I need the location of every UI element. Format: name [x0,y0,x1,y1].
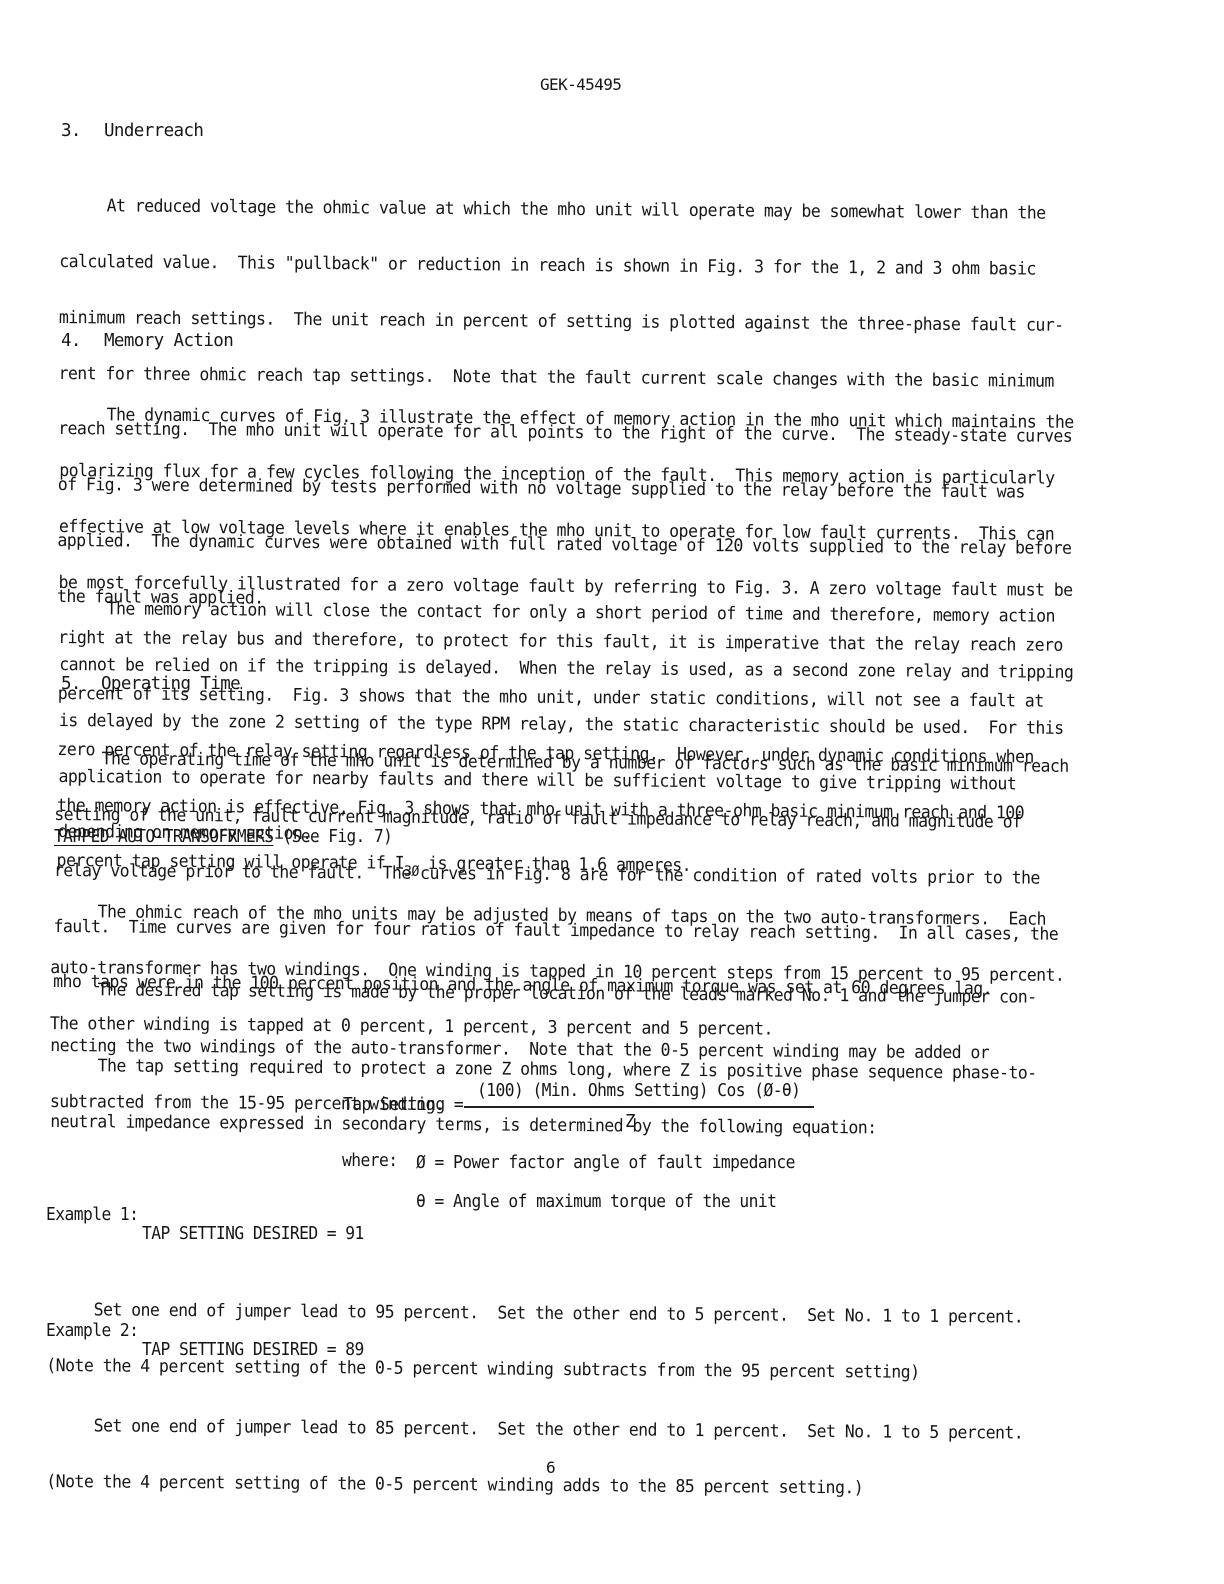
text-line: neutral impedance expressed in secondary… [50,1113,1036,1139]
text-line: The dynamic curves of Fig. 3 illustrate … [60,406,1074,432]
text-line: The ohmic reach of the mho units may be … [51,903,1065,929]
text-line: The memory action will close the contact… [60,600,1074,626]
document-number: GEK-45495 [540,76,621,95]
text-line: At reduced voltage the ohmic value at wh… [60,197,1074,223]
text-line: effective at low voltage levels where it… [59,518,1073,544]
example-1-label: Example 1: [46,1206,138,1225]
tapped-auto-transformers-heading: TAPPED AUTO-TRANSOFRMERS (See Fig. 7) [54,828,392,847]
equation-numerator: (100) (Min. Ohms Setting) Cos (Ø-θ) [477,1082,800,1101]
equation-denominator: Z [625,1113,635,1132]
example-2-text: Set one end of jumper lead to 85 percent… [46,1380,1024,1536]
text-line: polarizing flux for a few cycles followi… [59,462,1073,488]
equation-lhs: Tap Setting = [343,1096,463,1115]
text-line: (Note the 4 percent setting of the 0-5 p… [46,1357,1023,1383]
text-line: Set one end of jumper lead to 95 percent… [47,1301,1024,1327]
text-line: The operating time of the mho unit is de… [55,750,1069,776]
example-1-desired: TAP SETTING DESIRED = 91 [142,1225,364,1244]
section-title-operating-time: Operating Time [101,675,240,694]
text-line: calculated value. This "pullback" or red… [59,253,1073,279]
definition-theta: θ = Angle of maximum torque of the unit [416,1193,776,1212]
where-label: where: [342,1152,397,1171]
document-page: GEK-45495 3. Underreach At reduced volta… [0,0,1224,1584]
section-number: 3. [61,122,81,141]
fraction-bar [464,1106,814,1108]
example-2-label: Example 2: [46,1322,138,1341]
heading-underlined: TAPPED AUTO-TRANSOFRMERS [54,827,273,847]
text-line: The desired tap setting is made by the p… [51,981,1037,1007]
heading-suffix: (See Fig. 7) [273,827,392,847]
definition-phi: Ø = Power factor angle of fault impedanc… [416,1154,795,1173]
example-2-desired: TAP SETTING DESIRED = 89 [142,1341,364,1360]
page-number: 6 [546,1459,555,1478]
text-line: Set one end of jumper lead to 85 percent… [47,1417,1024,1443]
section-number: 5. [61,675,81,694]
text-line: (Note the 4 percent setting of the 0-5 p… [46,1473,1023,1499]
text-line: The tap setting required to protect a zo… [51,1057,1037,1083]
section-number: 4. [61,332,81,351]
section-title-memory-action: Memory Action [104,332,233,351]
section-title-underreach: Underreach [104,122,203,141]
